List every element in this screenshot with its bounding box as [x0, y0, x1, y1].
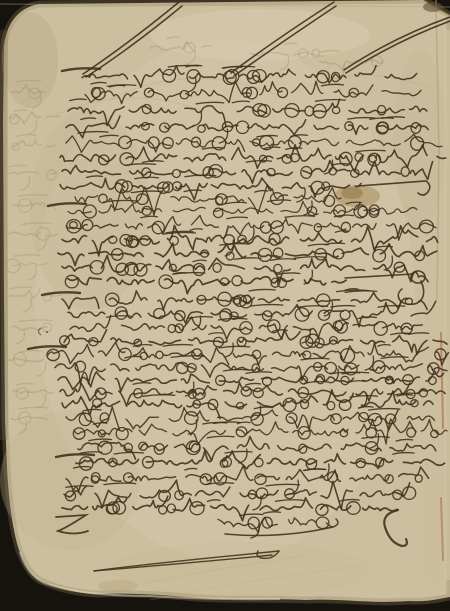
margin-dot — [46, 331, 48, 333]
paper-texture-blob — [150, 9, 370, 61]
manuscript-page — [0, 0, 450, 611]
ink-stain — [423, 2, 443, 12]
ink-stain — [341, 187, 363, 199]
manuscript-scan — [0, 0, 450, 611]
ink-stain — [98, 580, 138, 592]
paper-texture-blob — [0, 410, 140, 550]
